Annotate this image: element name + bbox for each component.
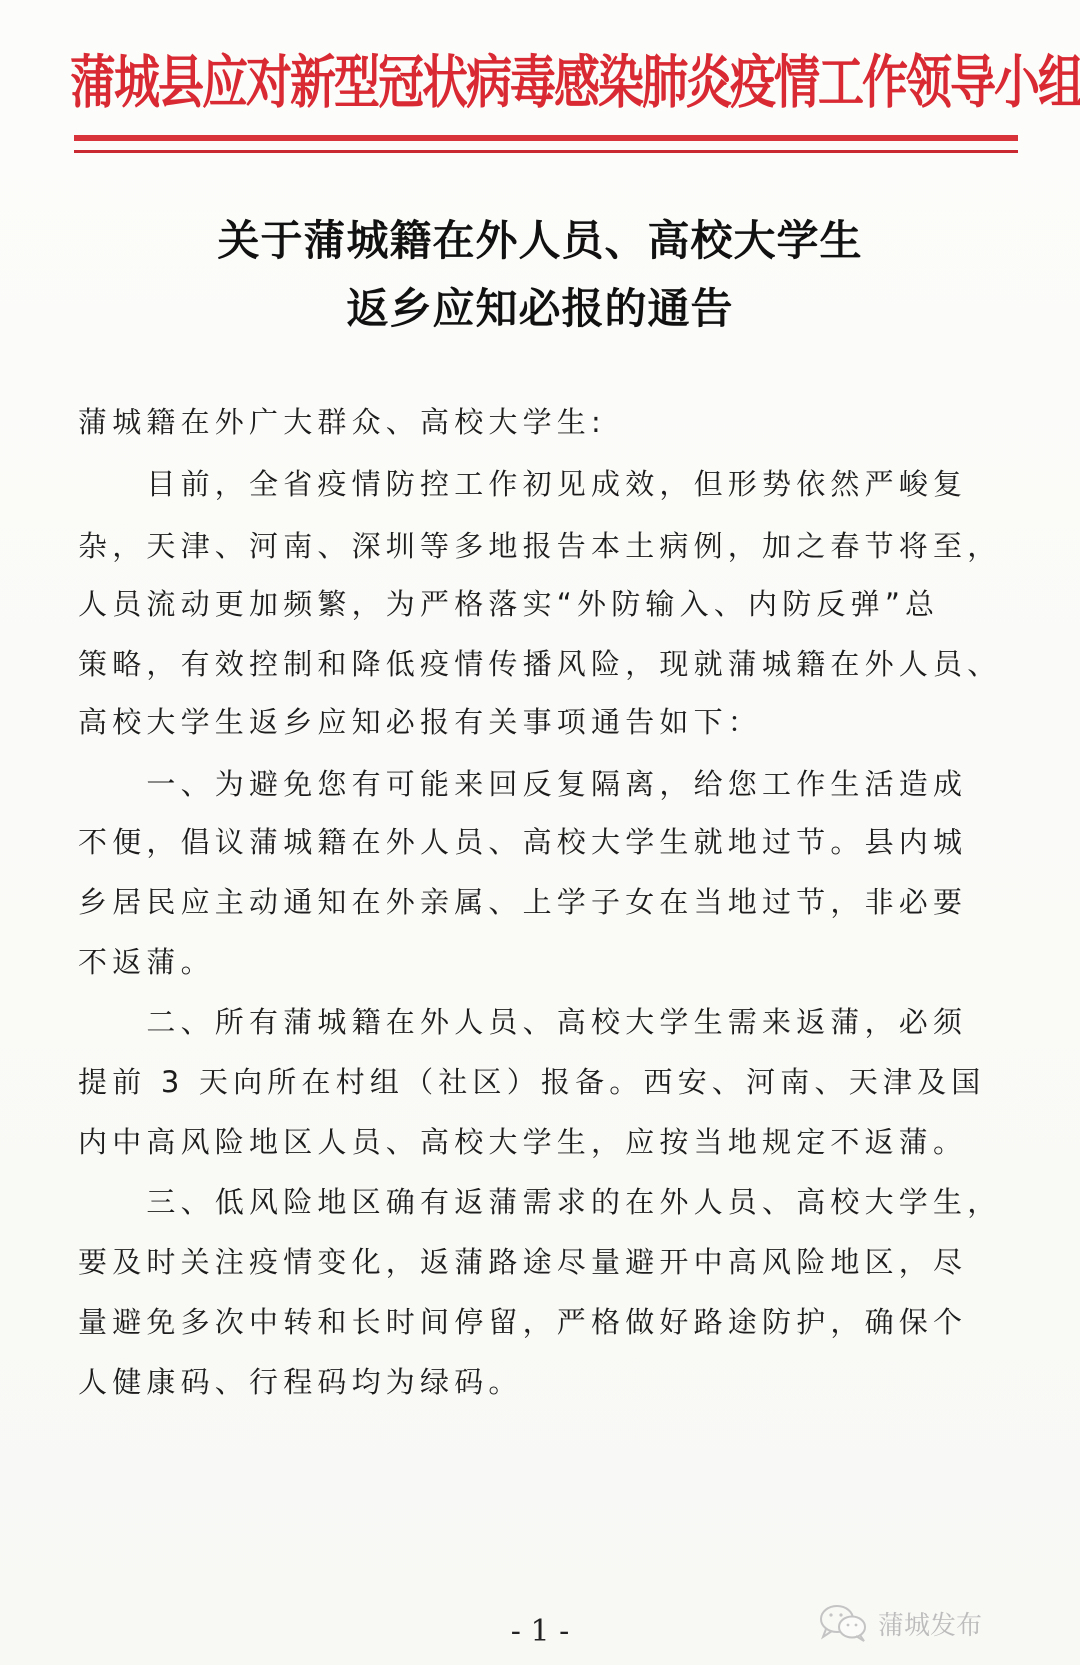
letterhead-rule-thick <box>74 135 1018 141</box>
body-line: 人健康码、行程码均为绿码。 <box>78 1360 968 1401</box>
body-line: 内中高风险地区人员、高校大学生，应按当地规定不返蒲。 <box>78 1120 968 1161</box>
body-line: 人员流动更加频繁，为严格落实“外防输入、内防反弹”总 <box>78 582 968 623</box>
letterhead-rule-thin <box>74 150 1018 153</box>
body-line: 提前 3 天向所在村组（社区）报备。西安、河南、天津及国 <box>78 1060 968 1101</box>
body-line: 不返蒲。 <box>78 940 968 981</box>
letterhead-issuer: 蒲城县应对新型冠状病毒感染肺炎疫情工作领导小组办公室 <box>70 32 1020 132</box>
body-line: 量避免多次中转和长时间停留，严格做好路途防护，确保个 <box>78 1300 968 1341</box>
body-line: 乡居民应主动通知在外亲属、上学子女在当地过节，非必要 <box>78 880 968 921</box>
body-line: 杂，天津、河南、深圳等多地报告本土病例，加之春节将至， <box>78 524 968 565</box>
body-line: 高校大学生返乡应知必报有关事项通告如下： <box>78 700 968 741</box>
body-line: 要及时关注疫情变化，返蒲路途尽量避开中高风险地区，尽 <box>78 1240 968 1281</box>
body-line: 不便，倡议蒲城籍在外人员、高校大学生就地过节。县内城 <box>78 820 968 861</box>
watermark-text: 蒲城发布 <box>878 1605 982 1642</box>
source-watermark: 蒲城发布 <box>818 1603 982 1643</box>
body-line: 一、为避免您有可能来回反复隔离，给您工作生活造成 <box>78 762 968 803</box>
wechat-icon <box>818 1603 870 1643</box>
document-title-line2: 返乡应知必报的通告 <box>0 276 1080 336</box>
body-line: 目前，全省疫情防控工作初见成效，但形势依然严峻复 <box>78 462 968 503</box>
body-line: 三、低风险地区确有返蒲需求的在外人员、高校大学生， <box>78 1180 968 1221</box>
salutation: 蒲城籍在外广大群众、高校大学生: <box>78 400 968 441</box>
body-line: 二、所有蒲城籍在外人员、高校大学生需来返蒲，必须 <box>78 1000 968 1041</box>
document-page: 蒲城县应对新型冠状病毒感染肺炎疫情工作领导小组办公室 关于蒲城籍在外人员、高校大… <box>0 0 1080 1665</box>
page-number: - 1 - <box>470 1614 610 1649</box>
body-line: 策略，有效控制和降低疫情传播风险，现就蒲城籍在外人员、 <box>78 642 968 683</box>
document-title-line1: 关于蒲城籍在外人员、高校大学生 <box>0 208 1080 268</box>
